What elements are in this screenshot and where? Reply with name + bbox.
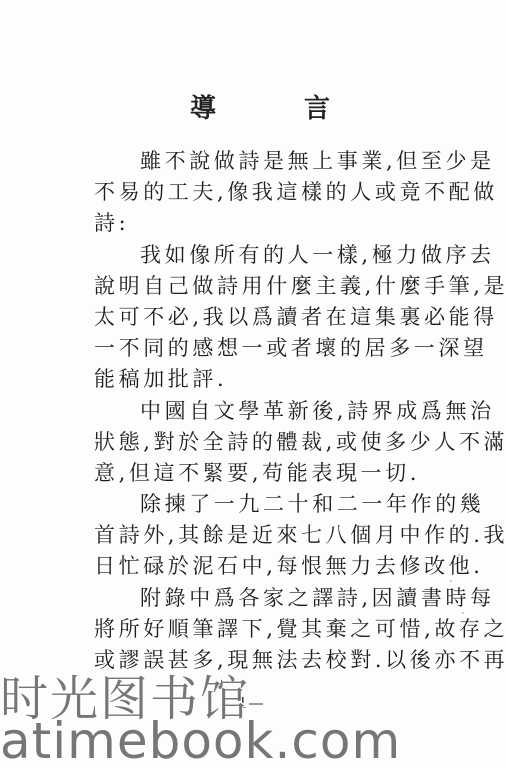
text-line: 將所好順筆譯下,覺其棄之可惜,故存之. [94,614,440,645]
text-line: 首詩外,其餘是近來七八個月中作的.我 [94,520,440,551]
text-line: 日忙碌於泥石中,每恨無力去修改他. [94,551,440,582]
scan-noise [448,520,488,640]
watermark-url: atimebook.com [0,712,401,768]
text-line: 我如像所有的人一樣,極力做序去 [94,240,440,271]
text-line: 詩: [94,208,440,239]
scan-speck [452,530,454,532]
text-line: 能稿加批評. [94,364,440,395]
scanned-book-page: 導 言 雖不說做詩是無上事業,但至少是 不易的工夫,像我這樣的人或竟不配做 詩:… [0,0,506,768]
text-line: 狀態,對於全詩的體裁,或使多少人不滿 [94,427,440,458]
scan-speck [458,554,460,556]
title-char-1: 導 [190,88,216,125]
text-line: 附錄中爲各家之譯詩,因讀書時每 [94,583,440,614]
text-line: 說明自己做詩用什麼主義,什麼手筆,是 [94,271,440,302]
text-line: 中國自文學革新後,詩界成爲無治 [94,396,440,427]
text-line: 太可不必,我以爲讀者在這集裏必能得 [94,302,440,333]
page-title: 導 言 [190,88,330,125]
title-char-2: 言 [304,88,330,125]
text-line: 除揀了一九二十和二一年作的幾 [94,489,440,520]
text-line: 不易的工夫,像我這樣的人或竟不配做 [94,177,440,208]
text-line: 一不同的感想一或者壞的居多一深望 [94,333,440,364]
body-text: 雖不說做詩是無上事業,但至少是 不易的工夫,像我這樣的人或竟不配做 詩: 我如像… [94,146,440,676]
scan-speck [450,580,452,582]
scan-speck [462,612,464,614]
text-line: 雖不說做詩是無上事業,但至少是 [94,146,440,177]
text-line: 意,但這不緊要,苟能表現一切. [94,458,440,489]
